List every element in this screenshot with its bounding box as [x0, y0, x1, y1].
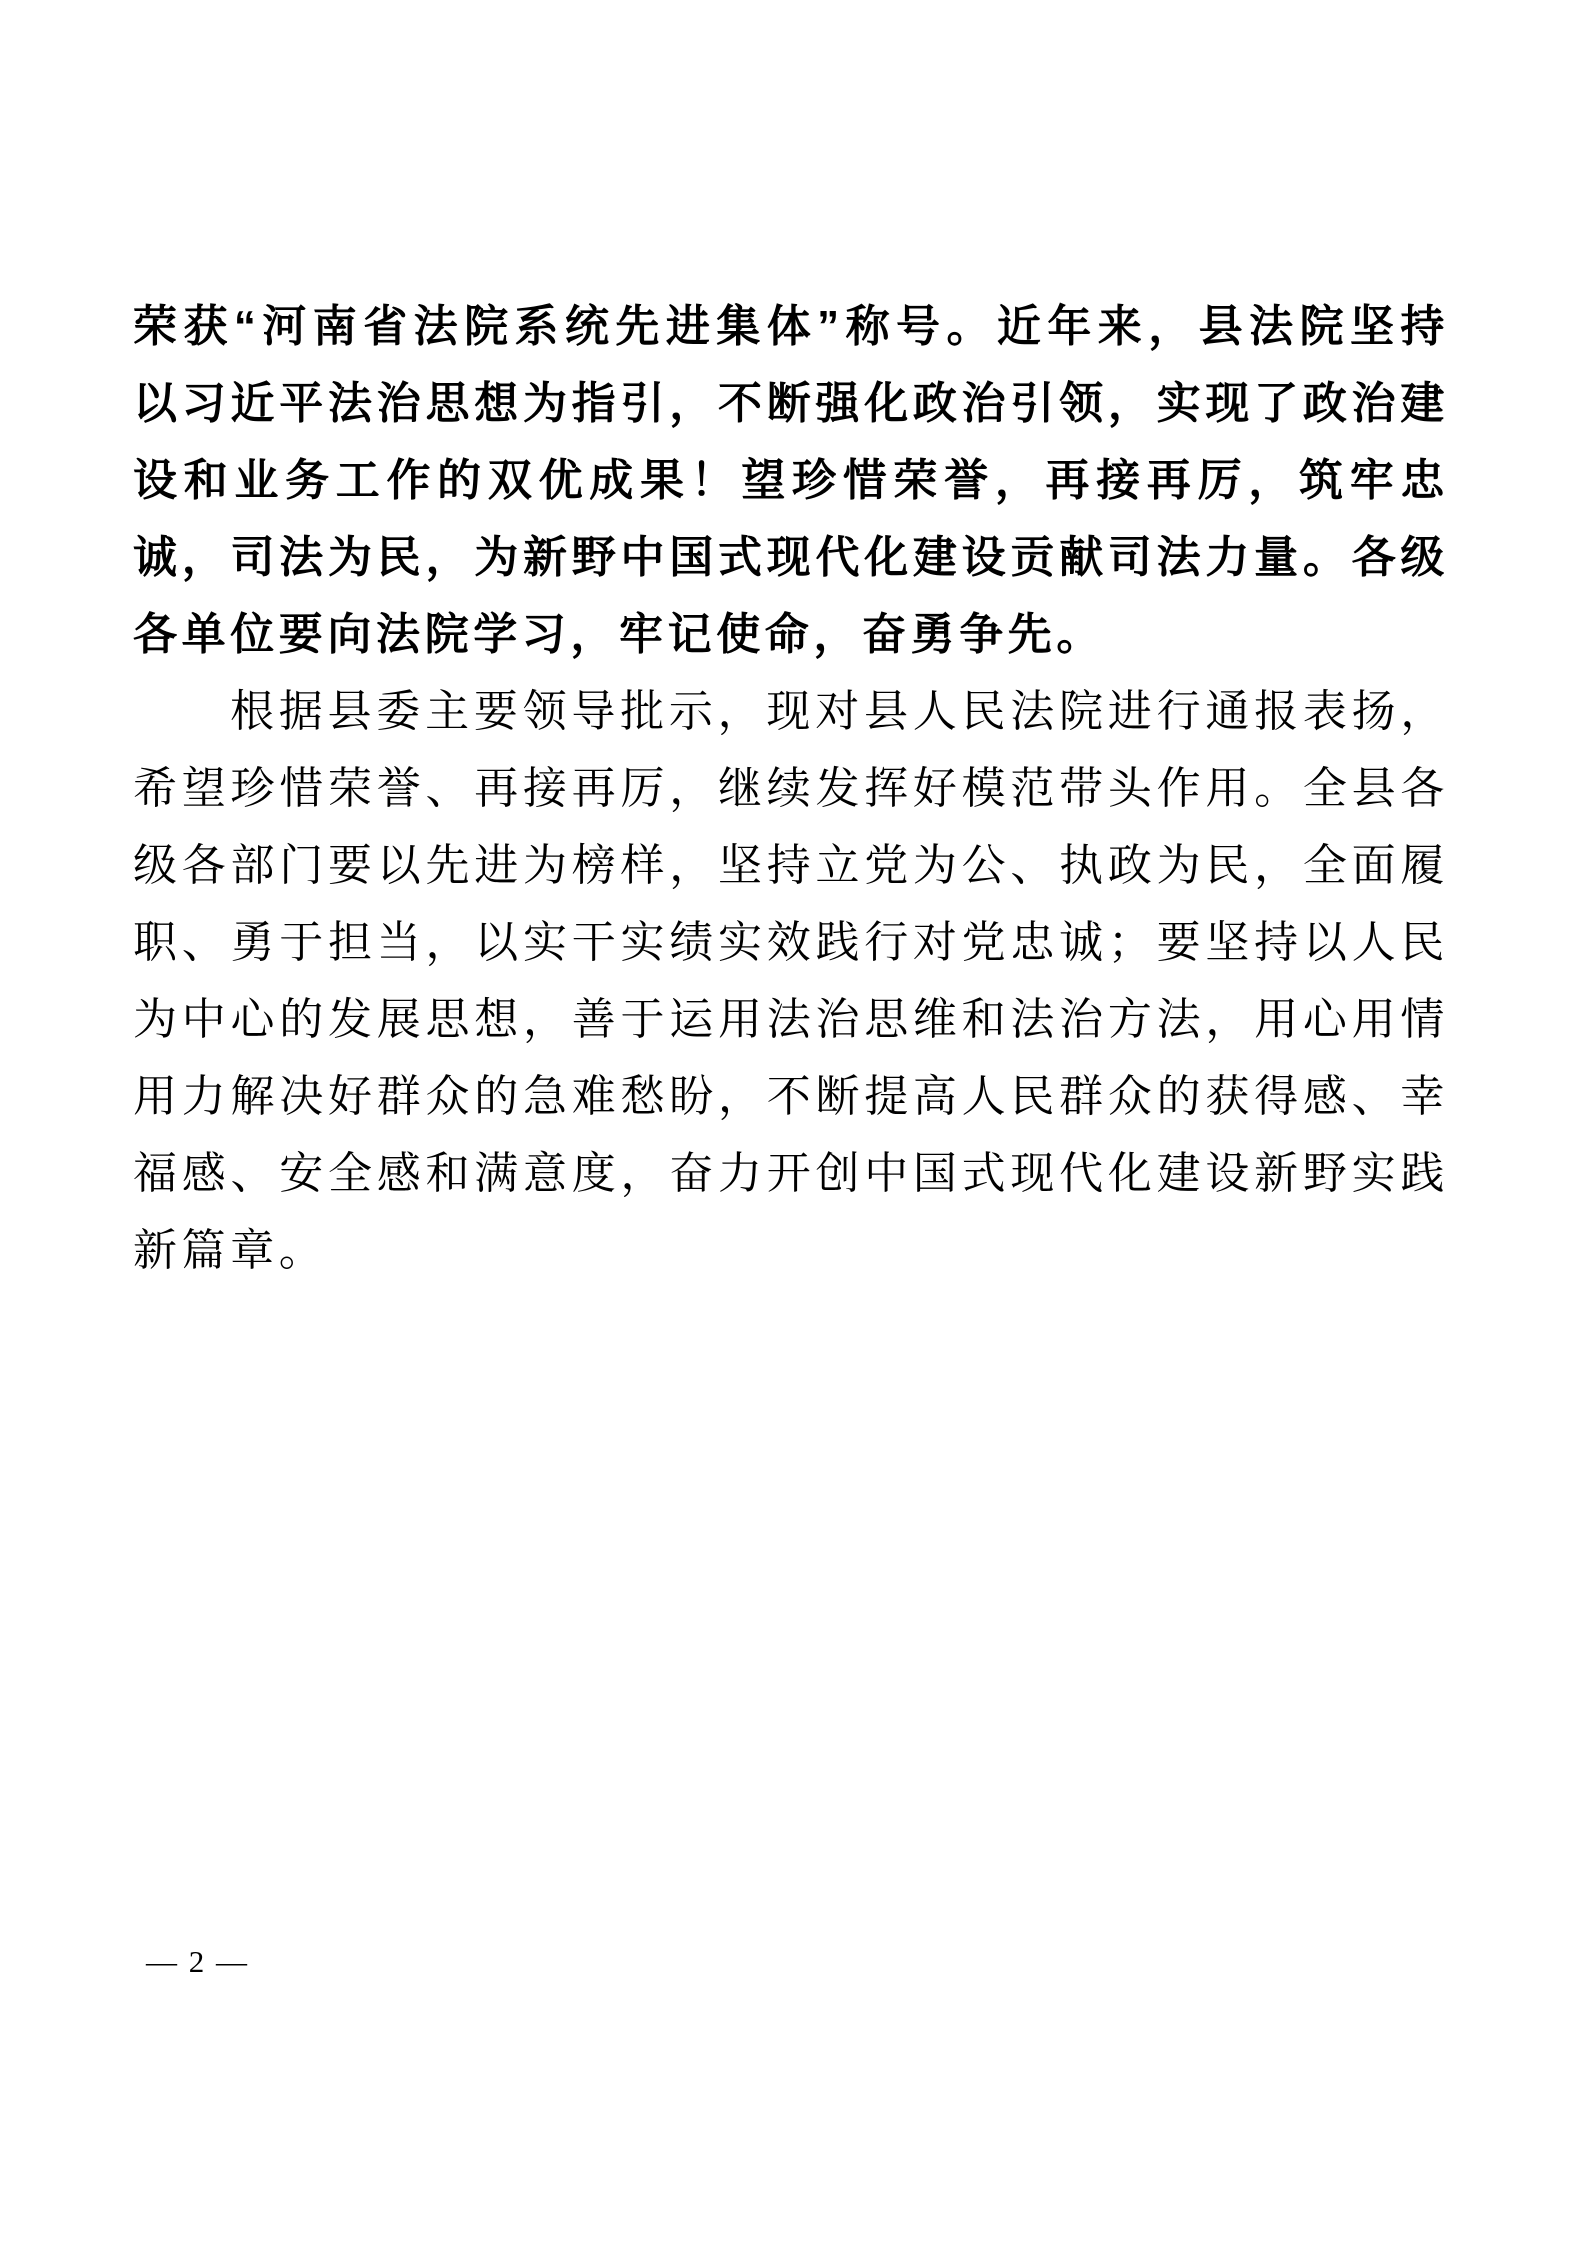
document-page: 荣获“河南省法院系统先进集体”称号。近年来，县法院坚持以习近平法治思想为指引，不… [0, 0, 1587, 2245]
paragraph-bold-commendation: 荣获“河南省法院系统先进集体”称号。近年来，县法院坚持以习近平法治思想为指引，不… [133, 288, 1449, 673]
paragraph-regular-directive: 根据县委主要领导批示，现对县人民法院进行通报表扬，希望珍惜荣誉、再接再厉，继续发… [133, 673, 1449, 1289]
page-number: — 2 — [146, 1944, 249, 1980]
document-body: 荣获“河南省法院系统先进集体”称号。近年来，县法院坚持以习近平法治思想为指引，不… [133, 288, 1449, 1289]
